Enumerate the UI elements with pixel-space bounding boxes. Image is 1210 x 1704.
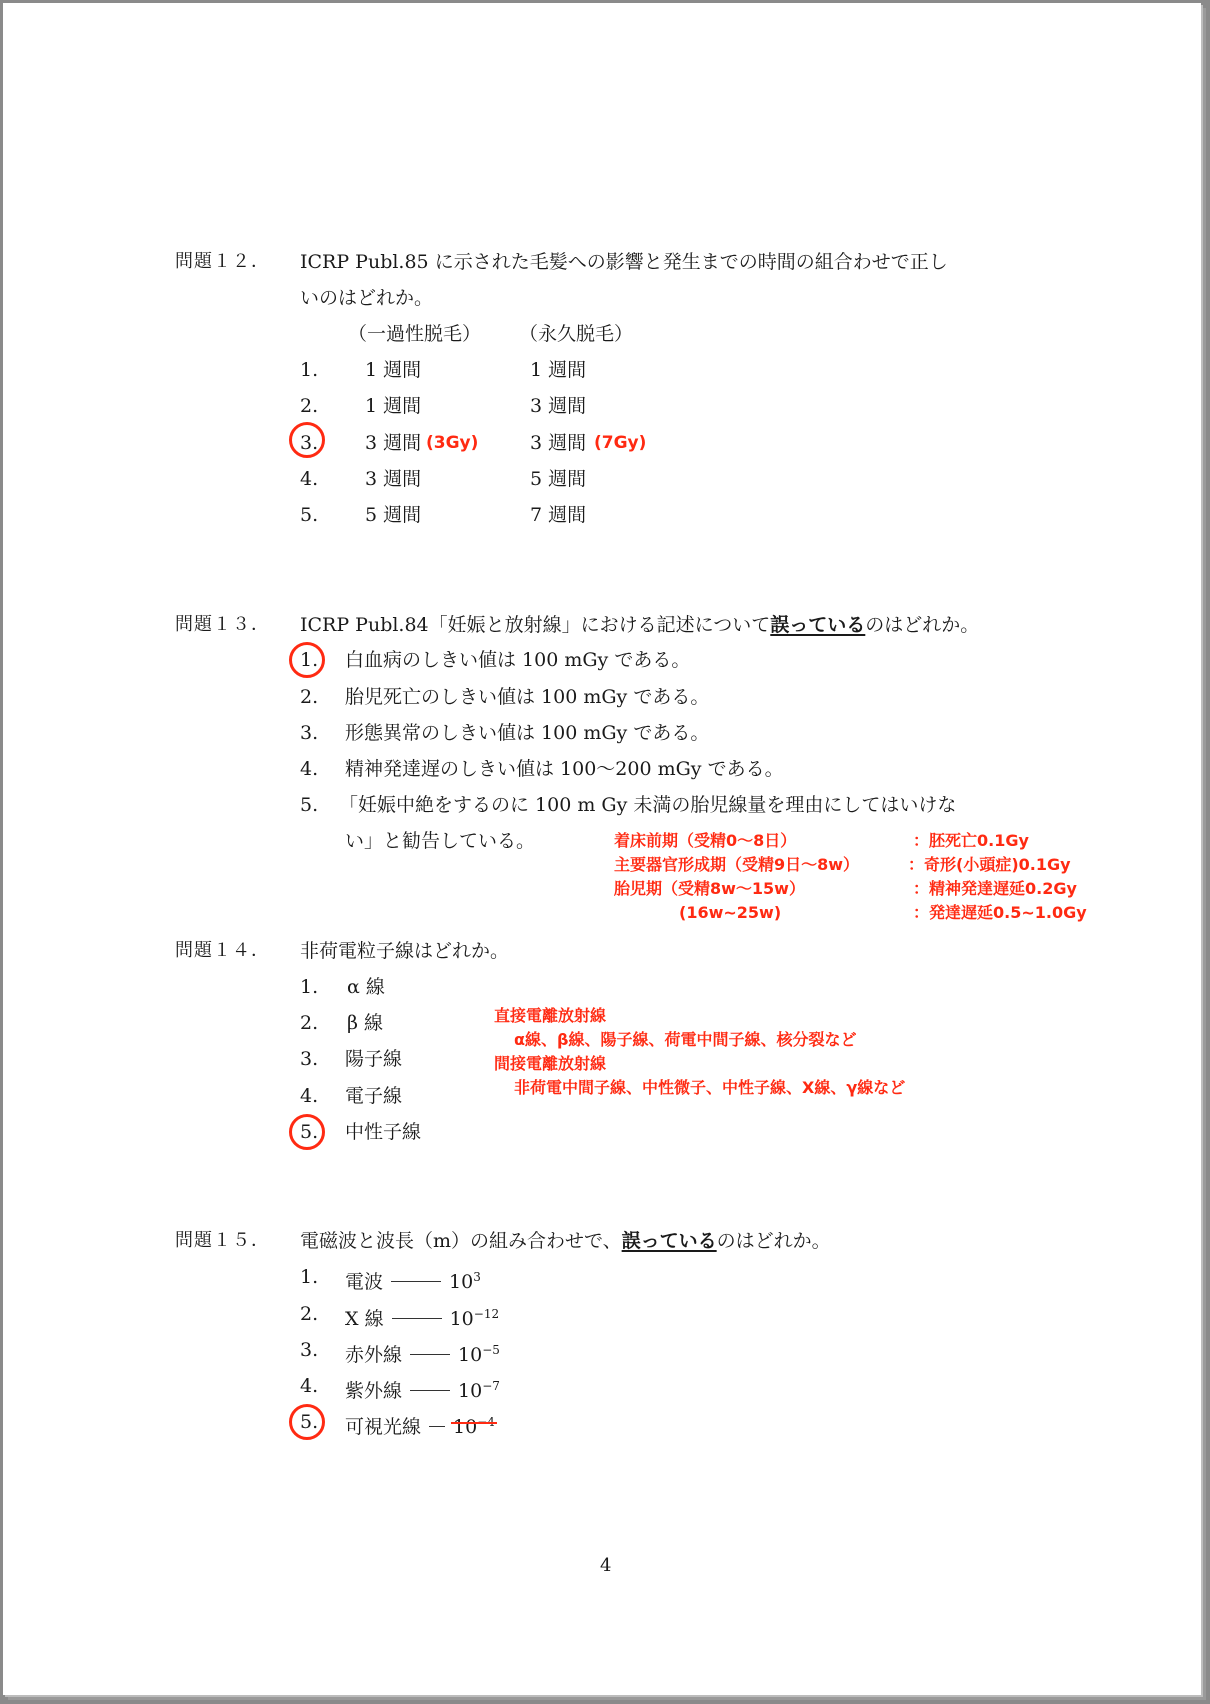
stem-text: ICRP Publ.84「妊娠と放射線」における記述について bbox=[300, 614, 770, 636]
option-col2: 5 週間 bbox=[530, 467, 586, 491]
wavelength-exponent: 3 bbox=[473, 1270, 481, 1284]
option-number: 5. bbox=[300, 503, 318, 527]
wavelength-exponent: −12 bbox=[474, 1307, 499, 1321]
option-text: 陽子線 bbox=[345, 1047, 402, 1071]
option-number: 4. bbox=[300, 1084, 318, 1108]
wavelength-base: 10 bbox=[450, 1308, 474, 1330]
document-page: 問題１２． ICRP Publ.85 に示された毛髪への影響と発生までの時間の組… bbox=[3, 3, 1201, 1695]
dash-line bbox=[410, 1390, 450, 1391]
option-col2: 1 週間 bbox=[530, 358, 586, 382]
option-col2: 3 週間 bbox=[530, 394, 586, 418]
question-number: 問題１５． bbox=[175, 1229, 270, 1253]
option-text: 赤外線10−5 bbox=[345, 1338, 500, 1367]
annotation-effect: ：奇形(小頭症)0.1Gy bbox=[908, 853, 1071, 877]
stem-text: 電磁波と波長（m）の組み合わせで、 bbox=[300, 1230, 622, 1252]
option-text: 形態異常のしきい値は 100 mGy である。 bbox=[345, 721, 709, 745]
question-number: 問題１２． bbox=[175, 250, 270, 274]
option-text: 白血病のしきい値は 100 mGy である。 bbox=[345, 648, 690, 672]
option-number: 3. bbox=[300, 721, 318, 745]
option-text: 「妊娠中絶をするのに 100 m Gy 未満の胎児線量を理由にしてはいけな bbox=[339, 793, 956, 817]
stem-text: のはどれか。 bbox=[717, 1230, 831, 1252]
option-text: α 線 bbox=[347, 975, 385, 999]
option-text: 紫外線10−7 bbox=[345, 1374, 500, 1403]
emphasis-incorrect: 誤っている bbox=[622, 1230, 717, 1252]
question-stem: ICRP Publ.85 に示された毛髪への影響と発生までの時間の組合わせで正し bbox=[300, 250, 948, 274]
annotation-period: 主要器官形成期（受精9日〜8w） bbox=[614, 853, 859, 877]
annotation-heading: 直接電離放射線 bbox=[494, 1004, 606, 1028]
option-number: 5. bbox=[300, 1120, 318, 1144]
wavelength-exponent: −4 bbox=[477, 1415, 495, 1429]
option-text: 可視光線10−4 bbox=[345, 1410, 495, 1439]
option-col1: 3 週間 bbox=[365, 431, 421, 455]
wavelength-exponent: −5 bbox=[482, 1343, 500, 1357]
option-col2: 7 週間 bbox=[530, 503, 586, 527]
dash-line bbox=[392, 1318, 442, 1319]
option-number: 2. bbox=[300, 685, 318, 709]
option-number: 5. bbox=[300, 1410, 318, 1434]
option-number: 1. bbox=[300, 648, 318, 672]
option-number: 2. bbox=[300, 394, 318, 418]
annotation-heading: 間接電離放射線 bbox=[494, 1052, 606, 1076]
option-number: 4. bbox=[300, 467, 318, 491]
wavelength-base: 10 bbox=[458, 1380, 482, 1402]
question-number: 問題１４． bbox=[175, 939, 270, 963]
option-text: 電波103 bbox=[345, 1265, 481, 1294]
wavelength-base: 10 bbox=[449, 1271, 473, 1293]
annotation-effect: ：発達遅延0.5~1.0Gy bbox=[913, 901, 1087, 925]
page-number: 4 bbox=[600, 1554, 611, 1578]
option-number: 5. bbox=[300, 793, 318, 817]
option-text: 電子線 bbox=[345, 1084, 402, 1108]
option-col1: 1 週間 bbox=[365, 394, 421, 418]
option-number: 3. bbox=[300, 431, 318, 455]
dash-line bbox=[429, 1426, 445, 1427]
question-stem: ICRP Publ.84「妊娠と放射線」における記述について誤っているのはどれか… bbox=[300, 613, 979, 637]
option-text: 中性子線 bbox=[345, 1120, 421, 1144]
option-col1: 3 週間 bbox=[365, 467, 421, 491]
wave-name: 赤外線 bbox=[345, 1344, 402, 1366]
option-col2: 3 週間 bbox=[530, 431, 586, 455]
option-number: 4. bbox=[300, 1374, 318, 1398]
option-text: 精神発達遅のしきい値は 100〜200 mGy である。 bbox=[345, 757, 784, 781]
option-number: 3. bbox=[300, 1338, 318, 1362]
option-number: 2. bbox=[300, 1011, 318, 1035]
annotation-period: (16w~25w) bbox=[679, 901, 781, 925]
question-stem: 電磁波と波長（m）の組み合わせで、誤っているのはどれか。 bbox=[300, 1229, 831, 1253]
annotation-effect: ：精神発達遅延0.2Gy bbox=[913, 877, 1077, 901]
wave-name: 可視光線 bbox=[345, 1416, 421, 1438]
dash-line bbox=[391, 1281, 441, 1282]
annotation-effect: ：胚死亡0.1Gy bbox=[913, 829, 1029, 853]
wave-name: X 線 bbox=[345, 1308, 384, 1330]
wave-name: 電波 bbox=[345, 1271, 383, 1293]
wavelength-base: 10 bbox=[458, 1344, 482, 1366]
option-text: β 線 bbox=[347, 1011, 383, 1035]
question-number: 問題１３． bbox=[175, 613, 270, 637]
emphasis-incorrect: 誤っている bbox=[770, 614, 865, 636]
option-number: 4. bbox=[300, 757, 318, 781]
annotation-list: 非荷電中間子線、中性微子、中性子線、X線、γ線など bbox=[514, 1076, 905, 1100]
annotation-list: α線、β線、陽子線、荷電中間子線、核分裂など bbox=[514, 1028, 856, 1052]
question-stem-cont: いのはどれか。 bbox=[300, 286, 433, 310]
annotation-period: 着床前期（受精0〜8日） bbox=[614, 829, 796, 853]
stem-text: のはどれか。 bbox=[865, 614, 979, 636]
option-col1: 5 週間 bbox=[365, 503, 421, 527]
wavelength-base: 10 bbox=[453, 1416, 477, 1438]
annotation-dose: (7Gy) bbox=[594, 431, 646, 455]
option-text-cont: い」と勧告している。 bbox=[345, 829, 535, 853]
struck-wavelength: 10−4 bbox=[453, 1410, 495, 1439]
wavelength-exponent: −7 bbox=[482, 1379, 500, 1393]
option-number: 3. bbox=[300, 1047, 318, 1071]
column-header-permanent: （永久脱毛） bbox=[519, 322, 633, 346]
option-text: 胎児死亡のしきい値は 100 mGy である。 bbox=[345, 685, 709, 709]
question-stem: 非荷電粒子線はどれか。 bbox=[300, 939, 509, 963]
wave-name: 紫外線 bbox=[345, 1380, 402, 1402]
option-text: X 線10−12 bbox=[345, 1302, 499, 1331]
annotation-period: 胎児期（受精8w〜15w） bbox=[614, 877, 805, 901]
column-header-temporary: （一過性脱毛） bbox=[348, 322, 481, 346]
option-number: 2. bbox=[300, 1302, 318, 1326]
option-number: 1. bbox=[300, 1265, 318, 1289]
option-col1: 1 週間 bbox=[365, 358, 421, 382]
dash-line bbox=[410, 1354, 450, 1355]
option-number: 1. bbox=[300, 975, 318, 999]
option-number: 1. bbox=[300, 358, 318, 382]
annotation-dose: (3Gy) bbox=[426, 431, 478, 455]
